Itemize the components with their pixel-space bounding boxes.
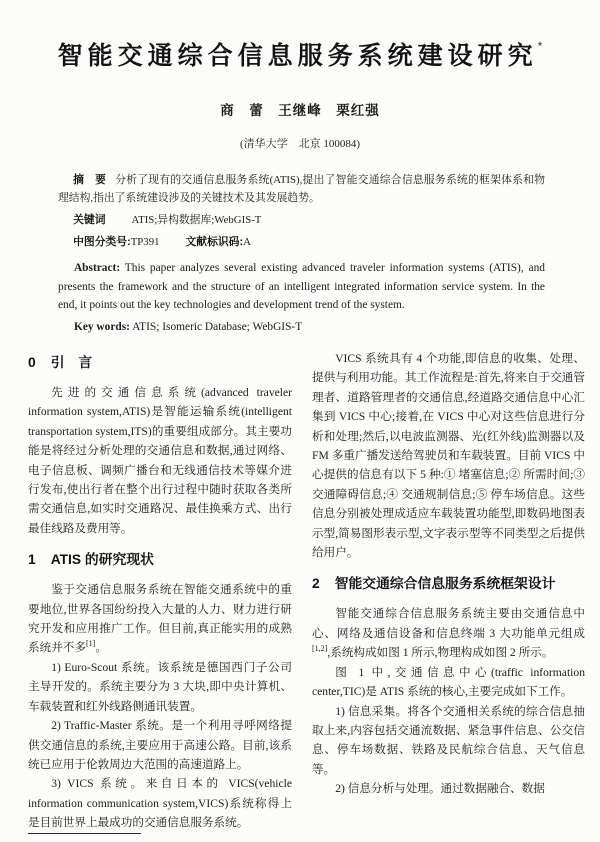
section-0-title: 引 言 bbox=[51, 351, 92, 374]
keywords-en-label: Key words: bbox=[74, 321, 130, 333]
section-1-heading: 1ATIS 的研究现状 bbox=[28, 548, 292, 571]
section-1-paragraph: 鉴于交通信息服务系统在智能交通系统中的重要地位,世界各国纷纷投入大量的人力、财力… bbox=[28, 580, 292, 658]
section-2-item-collection: 1) 信息采集。将各个交通相关系统的综合信息抽取上来,内容包括交通流数据、紧急事… bbox=[312, 702, 585, 780]
keywords-cn-line: 关键词ATIS;异构数据库;WebGIS-T bbox=[58, 212, 545, 229]
section-0-paragraph: 先进的交通信息系统(advanced traveler information … bbox=[28, 383, 292, 538]
section-2-paragraph-end: ,系统构成如图 1 所示,物理构成如图 2 所示。 bbox=[327, 646, 553, 659]
title-footnote-marker: * bbox=[538, 39, 543, 53]
section-2-paragraph: 智能交通综合信息服务系统主要由交通信息中心、网络及通信设备和信息终端 3 大功能… bbox=[312, 604, 585, 662]
citation-ref-1-2: [1,2] bbox=[312, 644, 327, 653]
section-2-title: 智能交通综合信息服务系统框架设计 bbox=[335, 572, 556, 595]
doc-code-value: A bbox=[243, 236, 251, 248]
abstract-cn: 摘 要分析了现有的交通信息服务系统(ATIS),提出了智能交通综合信息服务系统的… bbox=[58, 171, 545, 207]
section-2-item-analysis: 2) 信息分析与处理。通过数据融合、数据 bbox=[312, 779, 585, 798]
section-2-number: 2 bbox=[312, 572, 320, 595]
section-1-number: 1 bbox=[28, 548, 36, 571]
doc-code-label: 文献标识码: bbox=[186, 236, 244, 248]
section-1-item-vics: 3) VICS 系统。来自日本的 VICS(vehicle informatio… bbox=[28, 774, 292, 832]
authors-line: 商 蕾 王继峰 栗红强 bbox=[0, 99, 600, 119]
keywords-cn-text: ATIS;异构数据库;WebGIS-T bbox=[132, 214, 262, 226]
paper-page: 智能交通综合信息服务系统建设研究* 商 蕾 王继峰 栗红强 (清华大学 北京 1… bbox=[0, 0, 600, 842]
keywords-cn-label: 关键词 bbox=[73, 214, 105, 226]
abstract-block: 摘 要分析了现有的交通信息服务系统(ATIS),提出了智能交通综合信息服务系统的… bbox=[58, 171, 545, 336]
abstract-en-label: Abstract: bbox=[74, 262, 120, 274]
paper-title: 智能交通综合信息服务系统建设研究* bbox=[30, 36, 570, 72]
column-right: VICS 系统具有 4 个功能,即信息的收集、处理、提供与利用功能。其工作流程是… bbox=[312, 349, 585, 799]
citation-ref-1: [1] bbox=[86, 640, 95, 649]
paper-title-text: 智能交通综合信息服务系统建设研究 bbox=[58, 42, 538, 70]
vics-functions-paragraph: VICS 系统具有 4 个功能,即信息的收集、处理、提供与利用功能。其工作流程是… bbox=[312, 349, 585, 562]
section-1-paragraph-text: 鉴于交通信息服务系统在智能交通系统中的重要地位,世界各国纷纷投入大量的人力、财力… bbox=[28, 583, 292, 654]
section-1-paragraph-end: 。 bbox=[95, 641, 107, 654]
clc-value: TP391 bbox=[131, 236, 160, 248]
abstract-cn-label: 摘 要 bbox=[73, 174, 106, 186]
section-1-item-traffic-master: 2) Traffic-Master 系统。是一个利用寻呼网络提供交通信息的系统,… bbox=[28, 716, 292, 774]
section-1-title: ATIS 的研究现状 bbox=[51, 548, 154, 571]
affiliation-line: (清华大学 北京 100084) bbox=[0, 135, 600, 151]
clc-line: 中图分类号:TP391文献标识码:A bbox=[58, 234, 545, 251]
keywords-en-text: ATIS; Isomeric Database; WebGIS-T bbox=[132, 321, 302, 333]
column-left: 0引 言 先进的交通信息系统(advanced traveler informa… bbox=[28, 349, 292, 833]
section-0-heading: 0引 言 bbox=[28, 351, 292, 374]
section-2-heading: 2智能交通综合信息服务系统框架设计 bbox=[312, 572, 585, 595]
keywords-en-line: Key words: ATIS; Isomeric Database; WebG… bbox=[58, 318, 545, 337]
section-2-paragraph-text: 智能交通综合信息服务系统主要由交通信息中心、网络及通信设备和信息终端 3 大功能… bbox=[312, 607, 585, 639]
clc-label: 中图分类号: bbox=[73, 236, 131, 248]
section-1-item-euro-scout: 1) Euro-Scout 系统。该系统是德国西门子公司主导开发的。系统主要分为… bbox=[28, 658, 292, 716]
footnote-rule bbox=[28, 833, 141, 834]
abstract-en-text: This paper analyzes several existing adv… bbox=[58, 262, 545, 311]
section-2-tic-paragraph: 图 1 中,交通信息中心(traffic information center,… bbox=[312, 663, 585, 702]
abstract-cn-text: 分析了现有的交通信息服务系统(ATIS),提出了智能交通综合信息服务系统的框架体… bbox=[58, 174, 545, 204]
two-column-body: 0引 言 先进的交通信息系统(advanced traveler informa… bbox=[0, 336, 600, 833]
section-0-number: 0 bbox=[28, 351, 36, 374]
abstract-en: Abstract: This paper analyzes several ex… bbox=[58, 259, 545, 315]
